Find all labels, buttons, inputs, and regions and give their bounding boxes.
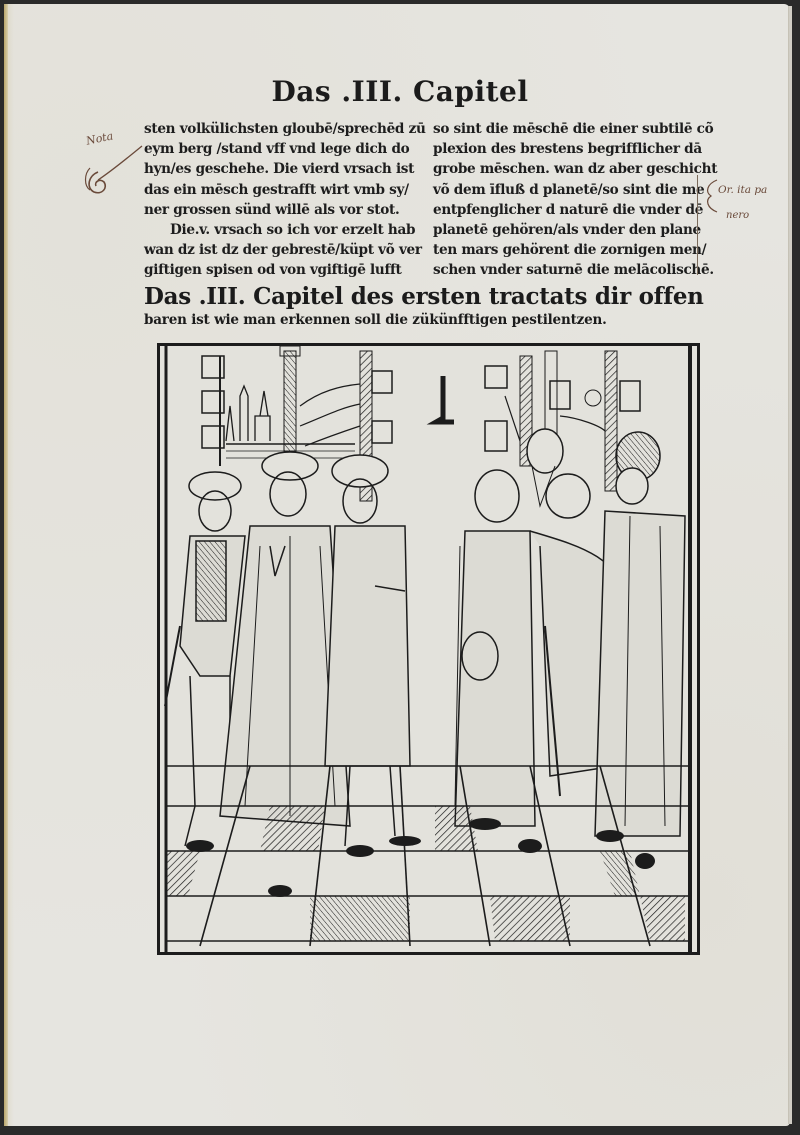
woodcut-illustration (157, 343, 700, 955)
chapter-heading-line2: baren ist wie man erkennen soll die zükü… (144, 311, 704, 329)
text-line: das ein mēsch gestrafft wirt vmb sy/ (144, 180, 430, 200)
manicule-icon (80, 140, 150, 200)
page-gutter-edge (4, 4, 8, 1126)
woodcut-scene (160, 346, 697, 952)
text-line: giftigen spisen od von vgiftigē lufft (144, 260, 430, 280)
running-head: Das .III. Capitel (0, 75, 800, 108)
chapter-heading-line1: Das .III. Capitel des ersten tractats di… (144, 283, 704, 311)
marginal-rule (697, 175, 698, 275)
text-line: plexion des brestens begrifflicher dā (433, 139, 708, 159)
chapter-heading: Das .III. Capitel des ersten tractats di… (144, 283, 704, 329)
figure-group-left (165, 452, 410, 846)
text-line: hyn/es geschehe. Die vierd vrsach ist (144, 159, 430, 179)
text-line: entpfenglicher d naturē die vnder dē (433, 200, 708, 220)
marginal-note-right-2: nero (726, 210, 749, 221)
text-line: wan dz ist dz der gebrestē/küpt võ ver (144, 240, 430, 260)
text-column-right: so sint die mēschē die einer subtilē cõ … (433, 119, 708, 281)
figure-shoes (186, 818, 655, 897)
text-line: grobe mēschen. wan dz aber geschicht (433, 159, 708, 179)
marginal-note-right-1: Or. ita pa (718, 184, 767, 196)
text-line: Die.v. vrsach so ich vor erzelt hab (144, 220, 430, 240)
text-line: schen vnder saturnē die melācolischē. (433, 260, 708, 280)
text-line: so sint die mēschē die einer subtilē cõ (433, 119, 708, 139)
text-column-left: sten volkülichsten gloubē/sprechēd zū ey… (144, 119, 430, 281)
text-line: eym berg /stand vff vnd lege dich do (144, 139, 430, 159)
text-line: ner grossen sünd willē als vor stot. (144, 200, 430, 220)
page-fore-edge (788, 6, 792, 1124)
initial-letter-glyph (436, 376, 454, 422)
figure-group-right (455, 429, 685, 836)
text-line: võ dem īfluß d planetē/so sint die me (433, 180, 708, 200)
text-line: sten volkülichsten gloubē/sprechēd zū (144, 119, 430, 139)
text-line: planetē gehören/als vnder den plane (433, 220, 708, 240)
window-landscape-view (485, 351, 640, 491)
text-line: ten mars gehörent die zornigen men/ (433, 240, 708, 260)
